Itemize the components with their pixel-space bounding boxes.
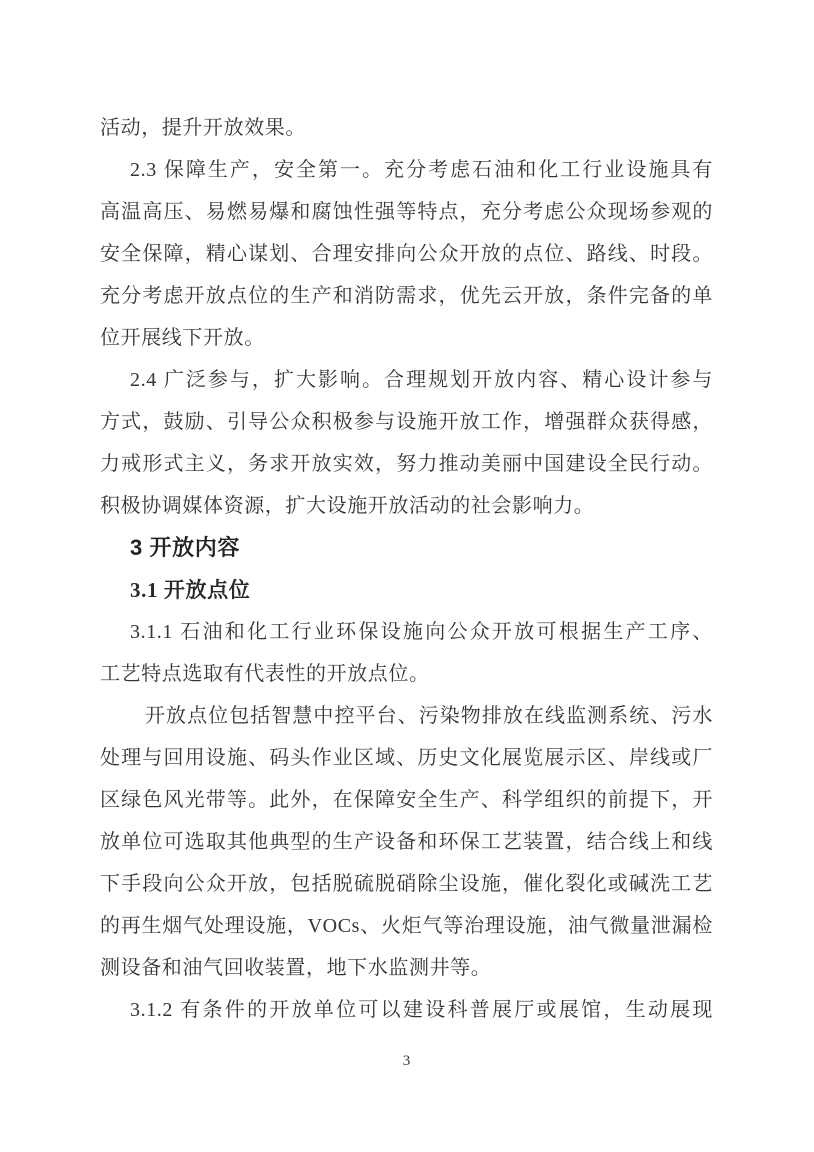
document-page: 活动，提升开放效果。 2.3 保障生产，安全第一。充分考虑石油和化工行业设施具有… — [0, 0, 814, 1152]
text-line: 测设备和油气回收装置，地下水监测井等。 — [100, 947, 713, 989]
paragraph-3-1-1-start: 3.1.1 石油和化工行业环保设施向公众开放可根据生产工序、 — [100, 611, 713, 653]
paragraph-2-4-start: 2.4 广泛参与，扩大影响。合理规划开放内容、精心设计参与 — [100, 359, 713, 401]
document-body: 活动，提升开放效果。 2.3 保障生产，安全第一。充分考虑石油和化工行业设施具有… — [100, 107, 713, 1031]
subsection-heading-3-1: 3.1 开放点位 — [100, 569, 713, 611]
text-line: 位开展线下开放。 — [100, 317, 713, 359]
text-line: 区绿色风光带等。此外，在保障安全生产、科学组织的前提下，开 — [100, 779, 713, 821]
text-line: 下手段向公众开放，包括脱硫脱硝除尘设施，催化裂化或碱洗工艺 — [100, 863, 713, 905]
text-line: 活动，提升开放效果。 — [100, 107, 713, 149]
page-number: 3 — [100, 1048, 713, 1074]
text-line: 处理与回用设施、码头作业区域、历史文化展览展示区、岸线或厂 — [100, 737, 713, 779]
text-line: 安全保障，精心谋划、合理安排向公众开放的点位、路线、时段。 — [100, 233, 713, 275]
paragraph-3-1-2-start: 3.1.2 有条件的开放单位可以建设科普展厅或展馆，生动展现 — [100, 989, 713, 1031]
text-line: 放单位可选取其他典型的生产设备和环保工艺装置，结合线上和线 — [100, 821, 713, 863]
text-line: 充分考虑开放点位的生产和消防需求，优先云开放，条件完备的单 — [100, 275, 713, 317]
text-line: 工艺特点选取有代表性的开放点位。 — [100, 653, 713, 695]
text-line: 积极协调媒体资源，扩大设施开放活动的社会影响力。 — [100, 485, 713, 527]
text-line: 方式，鼓励、引导公众积极参与设施开放工作，增强群众获得感， — [100, 401, 713, 443]
text-line: 高温高压、易燃易爆和腐蚀性强等特点，充分考虑公众现场参观的 — [100, 191, 713, 233]
paragraph-start: 开放点位包括智慧中控平台、污染物排放在线监测系统、污水 — [100, 695, 713, 737]
text-line: 力戒形式主义，务求开放实效，努力推动美丽中国建设全民行动。 — [100, 443, 713, 485]
text-line: 的再生烟气处理设施，VOCs、火炬气等治理设施，油气微量泄漏检 — [100, 905, 713, 947]
paragraph-2-3-start: 2.3 保障生产，安全第一。充分考虑石油和化工行业设施具有 — [100, 149, 713, 191]
section-heading-3: 3 开放内容 — [100, 527, 713, 569]
